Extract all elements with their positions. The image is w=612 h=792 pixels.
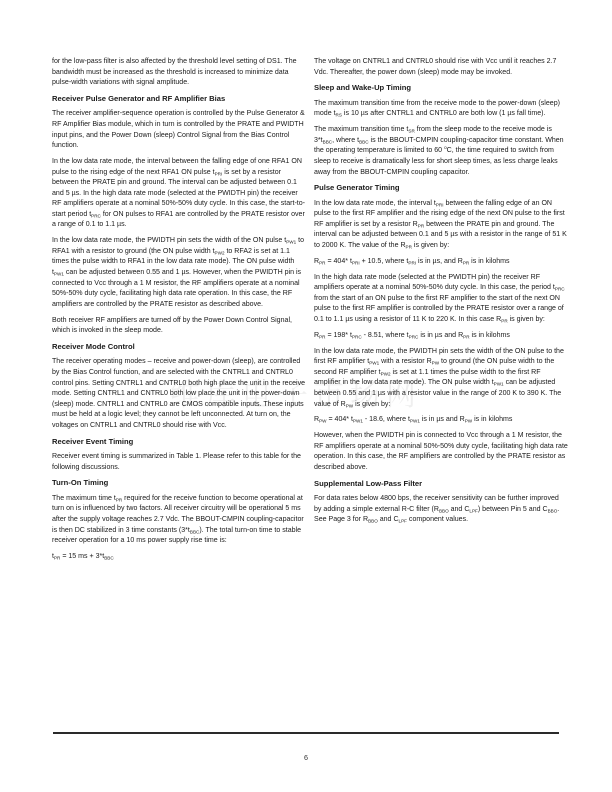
paragraph: Receiver event timing is summarized in T…	[52, 452, 306, 473]
paragraph: For data rates below 4800 bps, the recei…	[314, 494, 568, 526]
paragraph: The voltage on CNTRL1 and CNTRL0 should …	[314, 57, 568, 78]
paragraph: The receiver operating modes – receive a…	[52, 357, 306, 431]
footer-rule	[53, 732, 559, 734]
section-heading: Sleep and Wake-Up Timing	[314, 83, 568, 94]
paragraph: In the low data rate mode, the interval …	[52, 157, 306, 231]
section-heading: Turn-On Timing	[52, 478, 306, 489]
paragraph: In the high data rate mode (selected at …	[314, 273, 568, 326]
paragraph: for the low-pass filter is also affected…	[52, 57, 306, 89]
page-number: 6	[0, 753, 612, 762]
paragraph: tPR = 15 ms + 3*tBBC	[52, 552, 306, 563]
paragraph: Both receiver RF amplifiers are turned o…	[52, 316, 306, 337]
section-heading: Receiver Event Timing	[52, 437, 306, 448]
paragraph: RPR = 198* tPRC - 8.51, where tPRC is in…	[314, 331, 568, 342]
paragraph: RPW = 404* tPW1 - 18.6, where tPW1 is in…	[314, 415, 568, 426]
paragraph: In the low data rate mode, the PWIDTH pi…	[314, 347, 568, 411]
paragraph: The maximum transition time tSR from the…	[314, 125, 568, 178]
section-heading: Receiver Pulse Generator and RF Amplifie…	[52, 94, 306, 105]
paragraph: The maximum time tPR required for the re…	[52, 494, 306, 547]
left-column: for the low-pass filter is also affected…	[52, 57, 306, 568]
right-column: The voltage on CNTRL1 and CNTRL0 should …	[314, 57, 568, 531]
section-heading: Supplemental Low-Pass Filter	[314, 479, 568, 490]
paragraph: The receiver amplifier-sequence operatio…	[52, 109, 306, 151]
paragraph: In the low data rate mode, the interval …	[314, 199, 568, 252]
section-heading: Receiver Mode Control	[52, 342, 306, 353]
paragraph: RPR = 404* tPRI + 10.5, where tPRI is in…	[314, 257, 568, 268]
paragraph: The maximum transition time from the rec…	[314, 99, 568, 120]
section-heading: Pulse Generator Timing	[314, 183, 568, 194]
paragraph: In the low data rate mode, the PWIDTH pi…	[52, 236, 306, 310]
paragraph: However, when the PWIDTH pin is connecte…	[314, 431, 568, 473]
